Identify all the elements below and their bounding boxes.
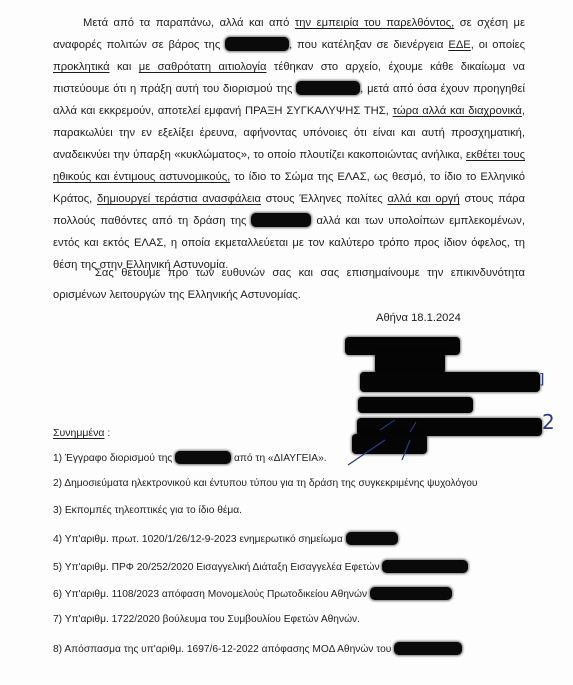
redaction-block [175, 451, 231, 464]
text: από τη «ΔΙΑΥΓΕΙΑ». [231, 453, 326, 464]
text: 5) Υπ'αριθμ. ΠΡΦ 20/252/2020 Εισαγγελική… [53, 562, 382, 573]
text: 7) Υπ'αριθμ. 1722/2020 βούλευμα του Συμβ… [53, 614, 360, 625]
attachment-item: 2) Δημοσιεύματα ηλεκτρονικού και έντυπου… [53, 478, 477, 489]
redaction-block [370, 587, 452, 600]
attachment-item: 4) Υπ'αριθμ. πρωτ. 1020/1/26/12-9-2023 ε… [53, 532, 398, 545]
text: 3) Εκπομπές τηλεοπτικές για το ίδιο θέμα… [53, 505, 242, 516]
body-paragraph-2: Σας θέτουμε προ των ευθυνών σας και σας … [53, 262, 525, 306]
text: , που κατέληξαν σε διενέργεια [289, 39, 448, 51]
text: Μετά από τα παραπάνω, αλλά και από [83, 17, 295, 29]
redaction-block [352, 434, 427, 454]
text: και [110, 61, 139, 73]
text: , οι οποίες [471, 39, 525, 51]
text: 8) Απόσπασμα της υπ'αριθμ. 1697/6-12-202… [53, 644, 394, 655]
redaction-block [358, 397, 473, 413]
attachment-item: 3) Εκπομπές τηλεοπτικές για το ίδιο θέμα… [53, 505, 242, 516]
handwritten-mark: ] [539, 372, 544, 388]
underlined-phrase: προκλητικά [53, 61, 110, 73]
attachment-item: 8) Απόσπασμα της υπ'αριθμ. 1697/6-12-202… [53, 642, 462, 655]
attachment-item: 6) Υπ'αριθμ. 1108/2023 απόφαση Μονομελού… [53, 587, 452, 600]
attachment-item: 1) Έγγραφο διορισμού της από τη «ΔΙΑΥΓΕΙ… [53, 451, 327, 464]
redaction-block [382, 560, 468, 573]
body-paragraph-1: Μετά από τα παραπάνω, αλλά και από την ε… [53, 12, 525, 276]
redaction-block [225, 37, 289, 51]
redaction-block [251, 213, 311, 227]
underlined-phrase: αλλά και οργή [387, 193, 459, 205]
attachment-item: 5) Υπ'αριθμ. ΠΡΦ 20/252/2020 Εισαγγελική… [53, 560, 468, 573]
redaction-block [296, 81, 360, 95]
document-date: Αθήνα 18.1.2024 [376, 312, 461, 324]
underlined-phrase: την εμπειρία του παρελθόντος, [295, 17, 454, 29]
attachment-item: 7) Υπ'αριθμ. 1722/2020 βούλευμα του Συμβ… [53, 614, 360, 625]
redaction-block [360, 372, 540, 392]
text: στους Έλληνες πολίτες [261, 193, 388, 205]
redaction-block [357, 418, 542, 436]
text: Σας θέτουμε προ των ευθυνών σας και σας … [53, 267, 525, 301]
attachments-title: Συνημμένα : [53, 427, 110, 439]
underlined-phrase: ΕΔΕ [448, 39, 470, 51]
underlined-phrase: τώρα αλλά και διαχρονικά [393, 105, 522, 117]
text: 4) Υπ'αριθμ. πρωτ. 1020/1/26/12-9-2023 ε… [53, 534, 346, 545]
text: 2) Δημοσιεύματα ηλεκτρονικού και έντυπου… [53, 478, 477, 489]
text: 1) Έγγραφο διορισμού της [53, 453, 175, 464]
underlined-phrase: με σαθρότατη αιτιολογία [139, 61, 267, 73]
handwritten-mark: 2 [542, 410, 555, 434]
redaction-block [375, 352, 445, 374]
text: : [104, 427, 110, 439]
handwritten-stroke [340, 410, 460, 470]
redaction-block [394, 642, 462, 655]
underlined-phrase: δημιουργεί τεράστια ανασφάλεια [97, 193, 261, 205]
text: 6) Υπ'αριθμ. 1108/2023 απόφαση Μονομελού… [53, 589, 370, 600]
scanned-document-page: Μετά από τα παραπάνω, αλλά και από την ε… [0, 0, 573, 685]
redaction-block [346, 532, 398, 545]
redaction-block [345, 337, 460, 355]
attachments-heading: Συνημμένα [53, 427, 104, 439]
